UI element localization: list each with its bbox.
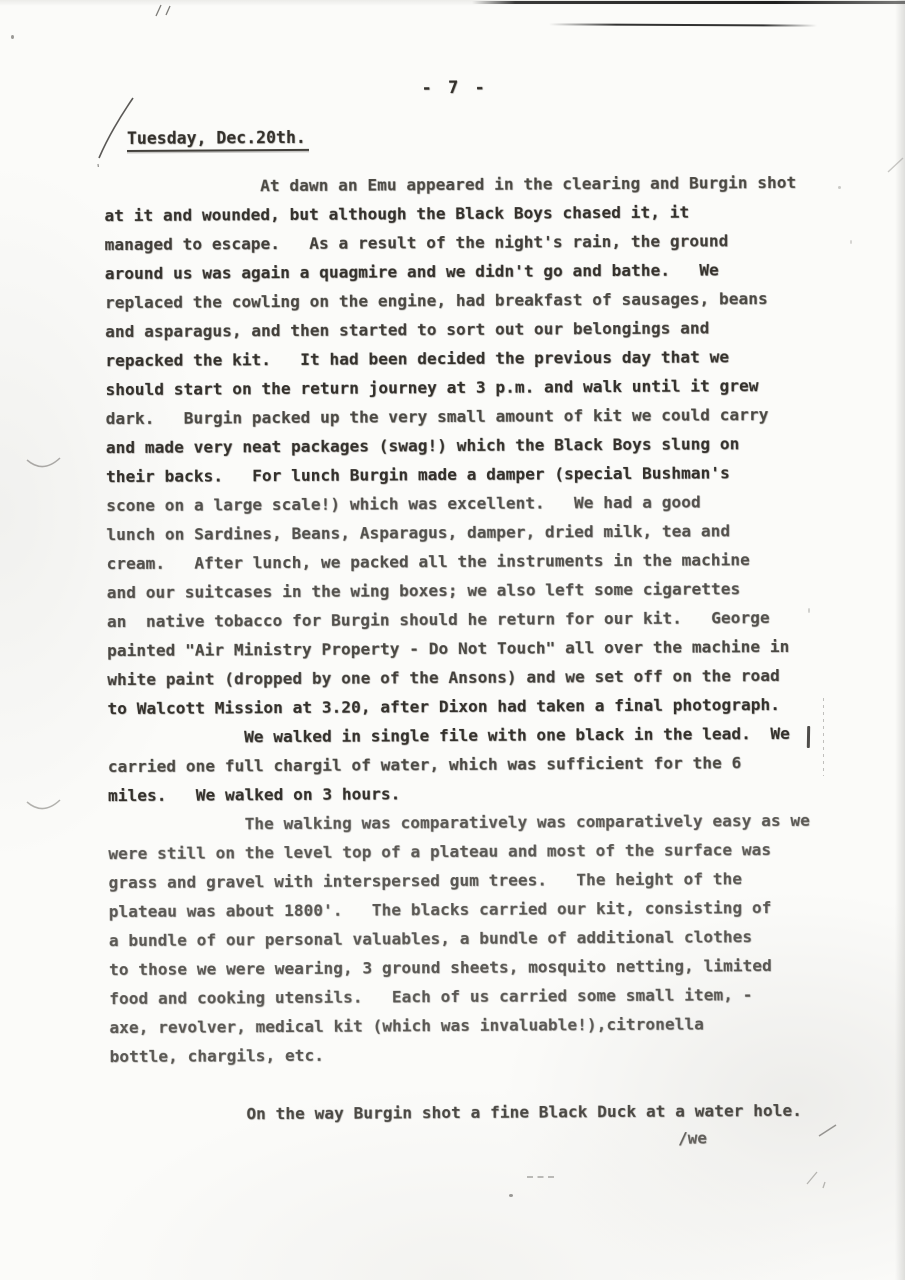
text-line: bottle, chargils, etc. bbox=[109, 1038, 811, 1071]
text-line: The walking was comparatively was compar… bbox=[108, 806, 810, 839]
text-line: and asparagus, and then started to sort … bbox=[105, 313, 807, 346]
text-line: On the way Burgin shot a fine Black Duck… bbox=[110, 1096, 812, 1129]
text-line: to those we were wearing, 3 ground sheet… bbox=[109, 951, 811, 984]
text-line: axe, revolver, medical kit (which was in… bbox=[109, 1009, 811, 1042]
text-line: food and cooking utensils. Each of us ca… bbox=[109, 980, 811, 1013]
text-line: plateau was about 1800'. The blacks carr… bbox=[109, 893, 811, 926]
text-line: should start on the return journey at 3 … bbox=[105, 371, 807, 404]
text-line: lunch on Sardines, Beans, Asparagus, dam… bbox=[106, 516, 808, 549]
text-line: dark. Burgin packed up the very small am… bbox=[106, 400, 808, 433]
text-line: around us was again a quagmire and we di… bbox=[105, 255, 807, 288]
text-line: white paint (dropped by one of the Anson… bbox=[107, 661, 809, 694]
text-line: scone on a large scale!) which was excel… bbox=[106, 487, 808, 520]
text-line bbox=[110, 1067, 812, 1100]
text-line: We walked in single file with one black … bbox=[108, 719, 810, 752]
text-line: grass and gravel with interspersed gum t… bbox=[108, 864, 810, 897]
scanned-diary-page: - 7 - Tuesday, Dec.20th. At dawn an Emu … bbox=[0, 0, 905, 1280]
text-line: At dawn an Emu appeared in the clearing … bbox=[104, 168, 806, 201]
text-line: at it and wounded, but although the Blac… bbox=[104, 197, 806, 230]
text-line: an native tobacco for Burgin should he r… bbox=[107, 603, 809, 636]
text-line: cream. After lunch, we packed all the in… bbox=[106, 545, 808, 578]
diary-body: At dawn an Emu appeared in the clearing … bbox=[104, 168, 812, 1129]
text-line: their backs. For lunch Burgin made a dam… bbox=[106, 458, 808, 491]
continuation-mark: /we bbox=[678, 1128, 707, 1147]
text-line: replaced the cowling on the engine, had … bbox=[105, 284, 807, 317]
text-line: and made very neat packages (swag!) whic… bbox=[106, 429, 808, 462]
text-line: managed to escape. As a result of the ni… bbox=[104, 226, 806, 259]
entry-heading: Tuesday, Dec.20th. bbox=[127, 128, 309, 152]
text-line: to Walcott Mission at 3.20, after Dixon … bbox=[107, 690, 809, 723]
text-line: painted "Air Ministry Property - Do Not … bbox=[107, 632, 809, 665]
text-line: were still on the level top of a plateau… bbox=[108, 835, 810, 868]
page-number: - 7 - bbox=[421, 78, 487, 98]
text-line: repacked the kit. It had been decided th… bbox=[105, 342, 807, 375]
text-line: miles. We walked on 3 hours. bbox=[108, 777, 810, 810]
document-content: - 7 - Tuesday, Dec.20th. At dawn an Emu … bbox=[0, 0, 905, 1280]
text-line: a bundle of our personal valuables, a bu… bbox=[109, 922, 811, 955]
text-line: carried one full chargil of water, which… bbox=[108, 748, 810, 781]
text-line: and our suitcases in the wing boxes; we … bbox=[107, 574, 809, 607]
